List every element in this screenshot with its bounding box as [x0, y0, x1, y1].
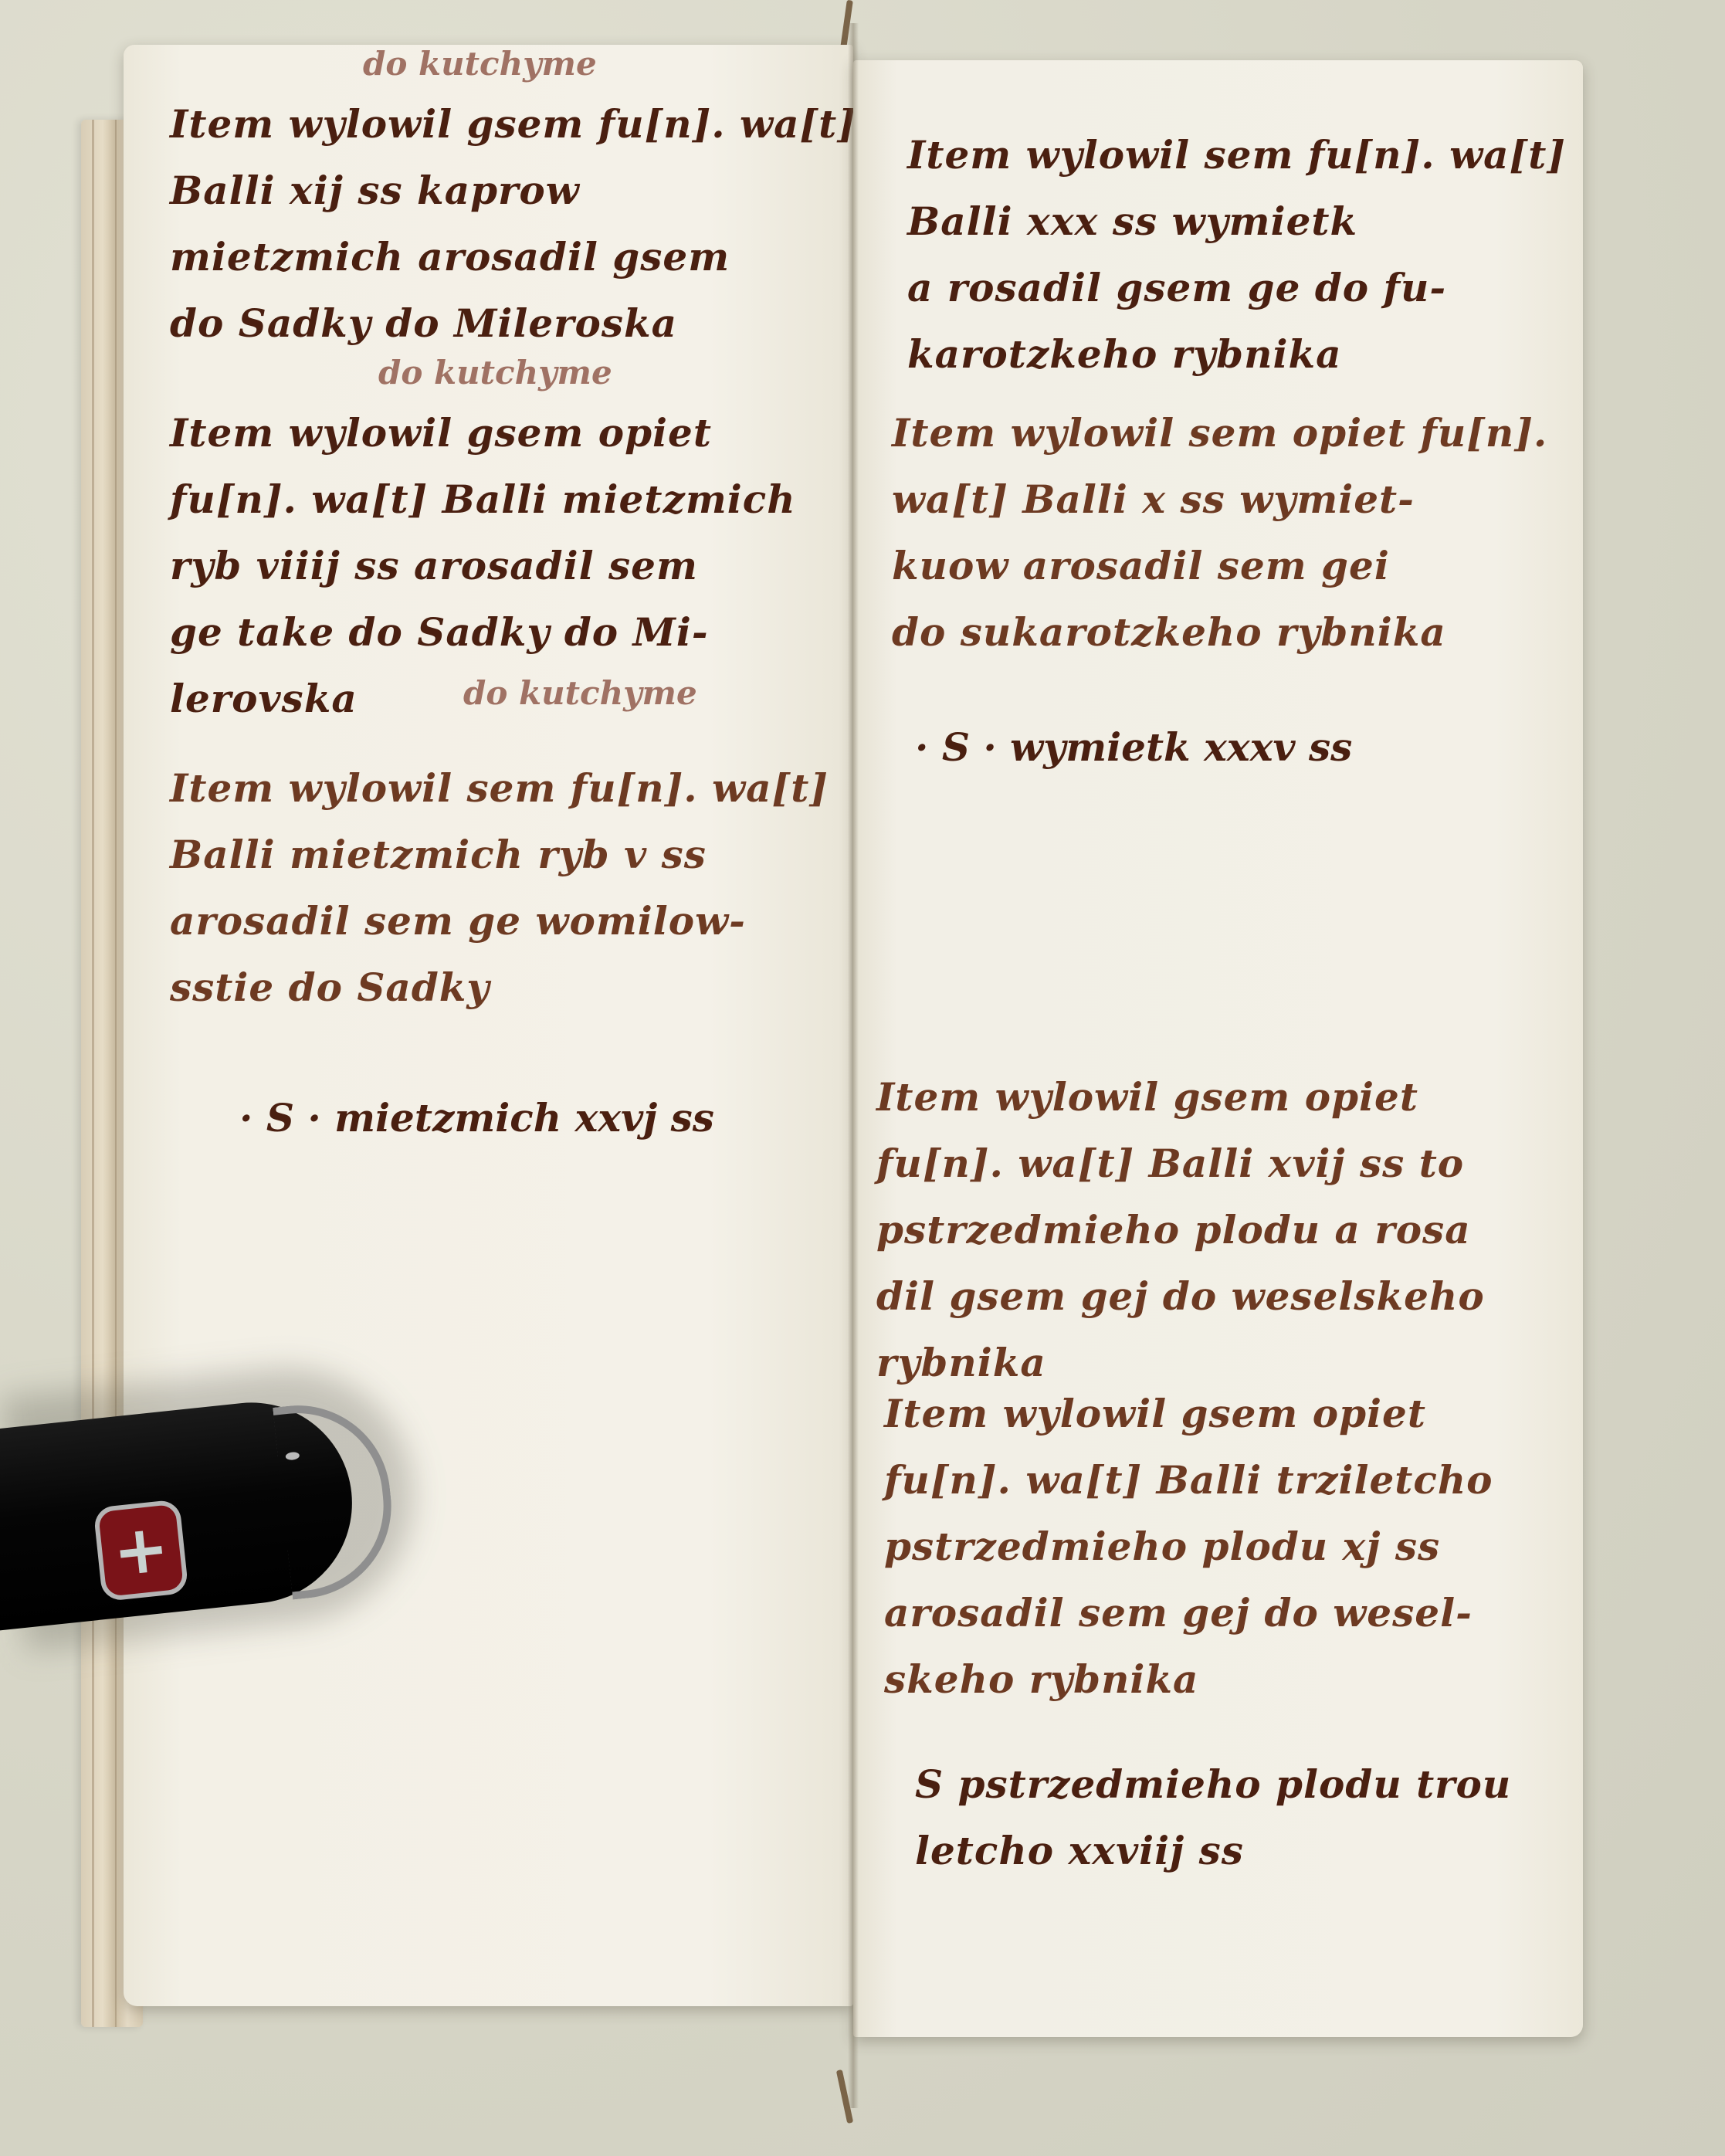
text-line: Balli xij ss kaprow [170, 158, 856, 224]
text-line: Item wylowil sem opiet fu[n]. [892, 400, 1547, 466]
text-line: S pstrzedmieho plodu trou [915, 1751, 1511, 1818]
entry-block-4: Item wylowil gsem opiet fu[n]. wa[t] Bal… [884, 1381, 1493, 1713]
text-line: do Sadky do Mileroska [170, 290, 856, 357]
text-line: fu[n]. wa[t] Balli xvij ss to [876, 1131, 1485, 1197]
left-manuscript-page: do kutchyme Item wylowil gsem fu[n]. wa[… [124, 45, 853, 2006]
text-line: dil gsem gej do weselskeho [876, 1263, 1485, 1330]
text-line: Item wylowil gsem fu[n]. wa[t] [170, 91, 856, 158]
text-line: karotzkeho rybnika [907, 321, 1566, 388]
text-line: kuow arosadil sem gei [892, 533, 1547, 599]
text-line: Item wylowil gsem opiet [884, 1381, 1493, 1447]
summary-total-block: S pstrzedmieho plodu trou letcho xxviij … [915, 1751, 1511, 1884]
rubric-note: do kutchyme [463, 674, 697, 712]
text-line: ryb viiij ss arosadil sem [170, 533, 796, 599]
entry-block-3: Item wylowil sem fu[n]. wa[t] Balli miet… [170, 755, 829, 1021]
text-line: Item wylowil sem fu[n]. wa[t] [170, 755, 829, 822]
summary-total: · S · mietzmich xxvj ss [239, 1095, 714, 1141]
text-line: Balli xxx ss wymietk [907, 188, 1566, 255]
rubric-note: do kutchyme [363, 45, 597, 83]
entry-block-3: Item wylowil gsem opiet fu[n]. wa[t] Bal… [876, 1064, 1485, 1396]
text-line: letcho xxviij ss [915, 1818, 1511, 1884]
knife-badge: + [93, 1499, 188, 1602]
entry-block-1: Item wylowil gsem fu[n]. wa[t] Balli xij… [170, 91, 856, 357]
text-line: wa[t] Balli x ss wymiet- [892, 466, 1547, 533]
entry-block-1: Item wylowil sem fu[n]. wa[t] Balli xxx … [907, 122, 1566, 388]
text-line: pstrzedmieho plodu xj ss [884, 1514, 1493, 1580]
text-line: fu[n]. wa[t] Balli mietzmich [170, 466, 796, 533]
book-gutter [848, 23, 859, 2108]
text-line: ge take do Sadky do Mi- [170, 599, 796, 666]
text-line: sstie do Sadky [170, 954, 829, 1021]
entry-block-2: Item wylowil sem opiet fu[n]. wa[t] Ball… [892, 400, 1547, 666]
rubric-note: do kutchyme [378, 354, 612, 392]
cross-icon: + [110, 1514, 172, 1586]
right-manuscript-page: Item wylowil sem fu[n]. wa[t] Balli xxx … [853, 60, 1583, 2037]
text-line: do sukarotzkeho rybnika [892, 599, 1547, 666]
text-line: Item wylowil sem fu[n]. wa[t] [907, 122, 1566, 188]
text-line: Item wylowil gsem opiet [170, 400, 796, 466]
pocket-knife: + [0, 1386, 427, 1663]
text-line: arosadil sem gej do wesel- [884, 1580, 1493, 1646]
text-line: arosadil sem ge womilow- [170, 888, 829, 954]
summary-subtotal: · S · wymietk xxxv ss [915, 724, 1352, 770]
text-line: skeho rybnika [884, 1646, 1493, 1713]
text-line: a rosadil gsem ge do fu- [907, 255, 1566, 321]
text-line: pstrzedmieho plodu a rosa [876, 1197, 1485, 1263]
text-line: fu[n]. wa[t] Balli trziletcho [884, 1447, 1493, 1514]
text-line: Balli mietzmich ryb v ss [170, 822, 829, 888]
text-line: mietzmich arosadil gsem [170, 224, 856, 290]
text-line: Item wylowil gsem opiet [876, 1064, 1485, 1131]
